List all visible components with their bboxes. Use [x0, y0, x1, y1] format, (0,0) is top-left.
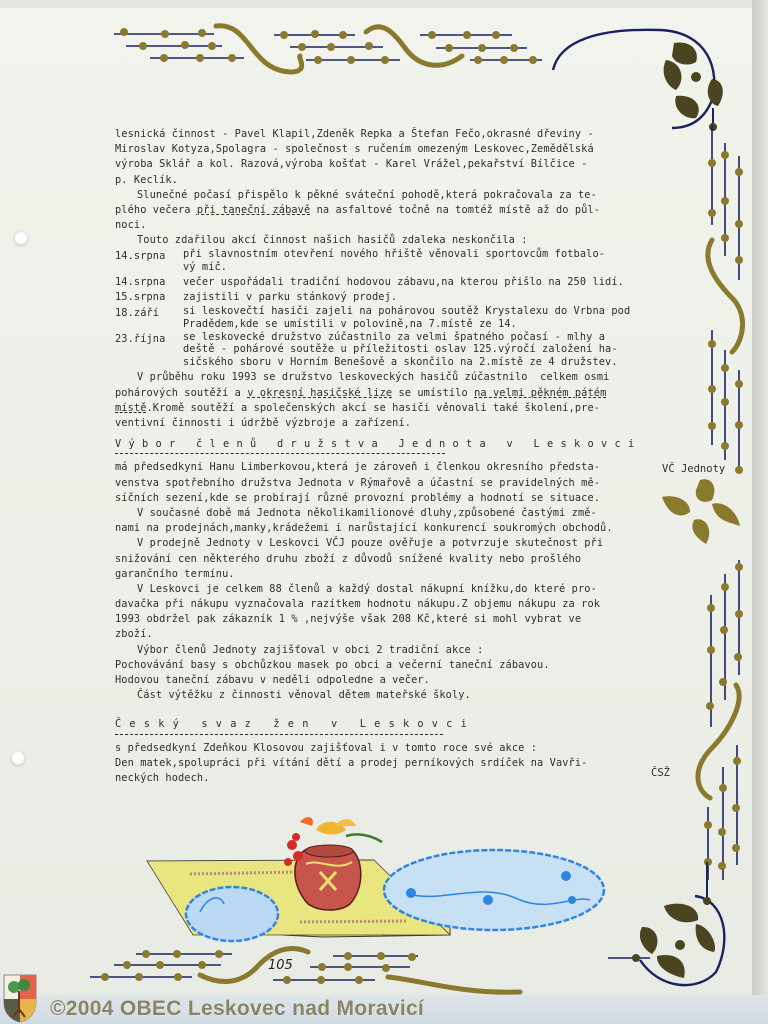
- text-line: Touto zdařilou akcí činnost našich hasič…: [115, 233, 675, 248]
- activity-text: večer uspořádali tradiční hodovou zábavu…: [183, 275, 675, 290]
- text-line: neckých hodech.: [115, 771, 675, 786]
- activity-item: 15.srpnazajistili v parku stánkový prode…: [115, 290, 675, 305]
- text-segment: se umístilo: [392, 387, 474, 399]
- text-line: snižování cen některého druhu zboží z dů…: [115, 552, 675, 567]
- underlined-text: v okresní hasičské lize: [247, 387, 392, 399]
- large-doily: [384, 850, 604, 930]
- text-line: Pradědem,kde se umístili v polovině,na 7…: [183, 317, 675, 332]
- text-segment: na asfaltové točně na tomtéž místě až do…: [310, 204, 600, 216]
- top-dotted-lines-ornament: [114, 26, 542, 72]
- text-line: p. Keclík.: [115, 173, 675, 188]
- section-heading-csz: Český svaz žen v Leskovci: [115, 717, 675, 732]
- watermark-footer: ©2004 OBEC Leskovec nad Moravicí: [0, 995, 768, 1024]
- side-label-csz: ČSŽ: [651, 767, 670, 779]
- activity-date: 14.srpna: [115, 275, 183, 290]
- text-segment: plého večera: [115, 204, 197, 216]
- heading-dashed-underline: [115, 452, 445, 454]
- text-line: V současné době má Jednota několikamilio…: [115, 506, 675, 521]
- right-vertical-ornament-upper: [708, 125, 743, 474]
- text-line: při slavnostním otevření nového hřiště v…: [183, 249, 675, 261]
- text-line: nami na prodejnách,manky,krádežemi i nar…: [115, 521, 675, 536]
- text-line: Část výtěžku z činnosti věnoval dětem ma…: [115, 688, 675, 703]
- underlined-text: místě: [115, 402, 147, 414]
- text-line: 1993 obdržel pak zákazník 1 % ,nejvýše v…: [115, 612, 675, 627]
- text-line: pohárových soutěží a v okresní hasičské …: [115, 386, 675, 401]
- activity-text: zajistili v parku stánkový prodej.: [183, 290, 675, 305]
- activity-item: 14.srpnavečer uspořádali tradiční hodovo…: [115, 275, 675, 290]
- text-line: V průběhu roku 1993 se družstvo leskovec…: [115, 370, 675, 385]
- text-line: ventivní činnosti i údržbě výzbroje a za…: [115, 416, 675, 431]
- bottom-dotted-lines-ornament: [90, 949, 520, 993]
- page-number: 105: [268, 958, 293, 973]
- activity-date: 15.srpna: [115, 290, 183, 305]
- text-line: V prodejně Jednoty v Leskovci VČJ pouze …: [115, 536, 675, 551]
- activity-list: 14.srpnapři slavnostním otevření nového …: [115, 249, 675, 371]
- text-line: výroba Sklář a kol. Razová,výroba košťat…: [115, 157, 675, 172]
- text-line: Hodovou taneční zábavu v neděli odpoledn…: [115, 673, 675, 688]
- copyright-text: ©2004 OBEC Leskovec nad Moravicí: [50, 997, 424, 1021]
- text-line: garančního termínu.: [115, 567, 675, 582]
- activity-date: 18.září: [115, 306, 183, 321]
- text-line: noci.: [115, 218, 675, 233]
- side-label-vc-jednoty: VČ Jednoty: [662, 463, 725, 475]
- text-line: si leskovečtí hasiči zajeli na pohárovou…: [183, 306, 675, 318]
- text-line: zboží.: [115, 627, 675, 642]
- text-line: plého večera při taneční zábavě na asfal…: [115, 203, 675, 218]
- section-body-jednota: má předsedkyni Hanu Limberkovou,která je…: [115, 460, 675, 703]
- text-line: večer uspořádali tradiční hodovou zábavu…: [183, 275, 675, 290]
- text-line: síčních sezení,kde se probírají různé pr…: [115, 491, 675, 506]
- activity-item: 23.říjnase leskovecké družstvo zúčastnil…: [115, 332, 675, 370]
- corner-ornament-top-right: [553, 30, 723, 131]
- small-doily: [186, 887, 278, 941]
- heading-dashed-underline: [115, 733, 443, 735]
- text-line: zajistili v parku stánkový prodej.: [183, 290, 675, 305]
- text-line: s předsedkyní Zdeňkou Klosovou zajišťova…: [115, 741, 675, 756]
- text-line: má předsedkyni Hanu Limberkovou,která je…: [115, 460, 675, 475]
- underlined-text: při taneční zábavě: [197, 204, 310, 216]
- text-line: místě.Kromě soutěží a společenských akcí…: [115, 401, 675, 416]
- text-line: davačka při nákupu vyznačovala razítkem …: [115, 597, 675, 612]
- text-line: lesnická činnost - Pavel Klapil,Zdeněk R…: [115, 127, 675, 142]
- corner-ornament-bottom-right: [608, 862, 724, 985]
- typed-text-body: lesnická činnost - Pavel Klapil,Zdeněk R…: [115, 127, 675, 786]
- right-vertical-ornament-lower: [698, 560, 743, 880]
- activity-date: 14.srpna: [115, 249, 183, 264]
- municipal-crest-icon: [2, 973, 38, 1023]
- underlined-text: na velmi pěkném pátém: [474, 387, 606, 399]
- text-line: V Leskovci je celkem 88 členů a každý do…: [115, 582, 675, 597]
- activity-date: 23.října: [115, 332, 183, 347]
- activity-item: 18.zářísi leskovečtí hasiči zajeli na po…: [115, 306, 675, 333]
- text-line: vý míč.: [183, 260, 675, 275]
- text-segment: .Kromě soutěží a společenských akcí se h…: [147, 402, 601, 414]
- activity-text: při slavnostním otevření nového hřiště v…: [183, 249, 675, 276]
- text-line: Den matek,spolupráci při vítání dětí a p…: [115, 756, 675, 771]
- text-segment: pohárových soutěží a: [115, 387, 247, 399]
- section-heading-jednota: Výbor členů družstva Jednota v Leskovci: [115, 437, 675, 452]
- text-line: venstva spotřebního družstva Jednota v R…: [115, 476, 675, 491]
- text-line: Miroslav Kotyza,Spolagra - společnost s …: [115, 142, 675, 157]
- activity-text: se leskovecké družstvo zúčastnilo za vel…: [183, 332, 675, 370]
- text-line: sičského sboru v Horním Benešově a skonč…: [183, 355, 675, 370]
- text-line: Slunečné počasí přispělo k pěkné svátečn…: [115, 188, 675, 203]
- section-body-csz: s předsedkyní Zdeňkou Klosovou zajišťova…: [115, 741, 675, 787]
- text-line: Výbor členů Jednoty zajišťoval v obci 2 …: [115, 643, 675, 658]
- activity-item: 14.srpnapři slavnostním otevření nového …: [115, 249, 675, 276]
- text-line: deště - pohárové soutěže u příležitosti …: [183, 344, 675, 356]
- activity-text: si leskovečtí hasiči zajeli na pohárovou…: [183, 306, 675, 333]
- text-line: Pochovávání basy s obchůzkou masek po ob…: [115, 658, 675, 673]
